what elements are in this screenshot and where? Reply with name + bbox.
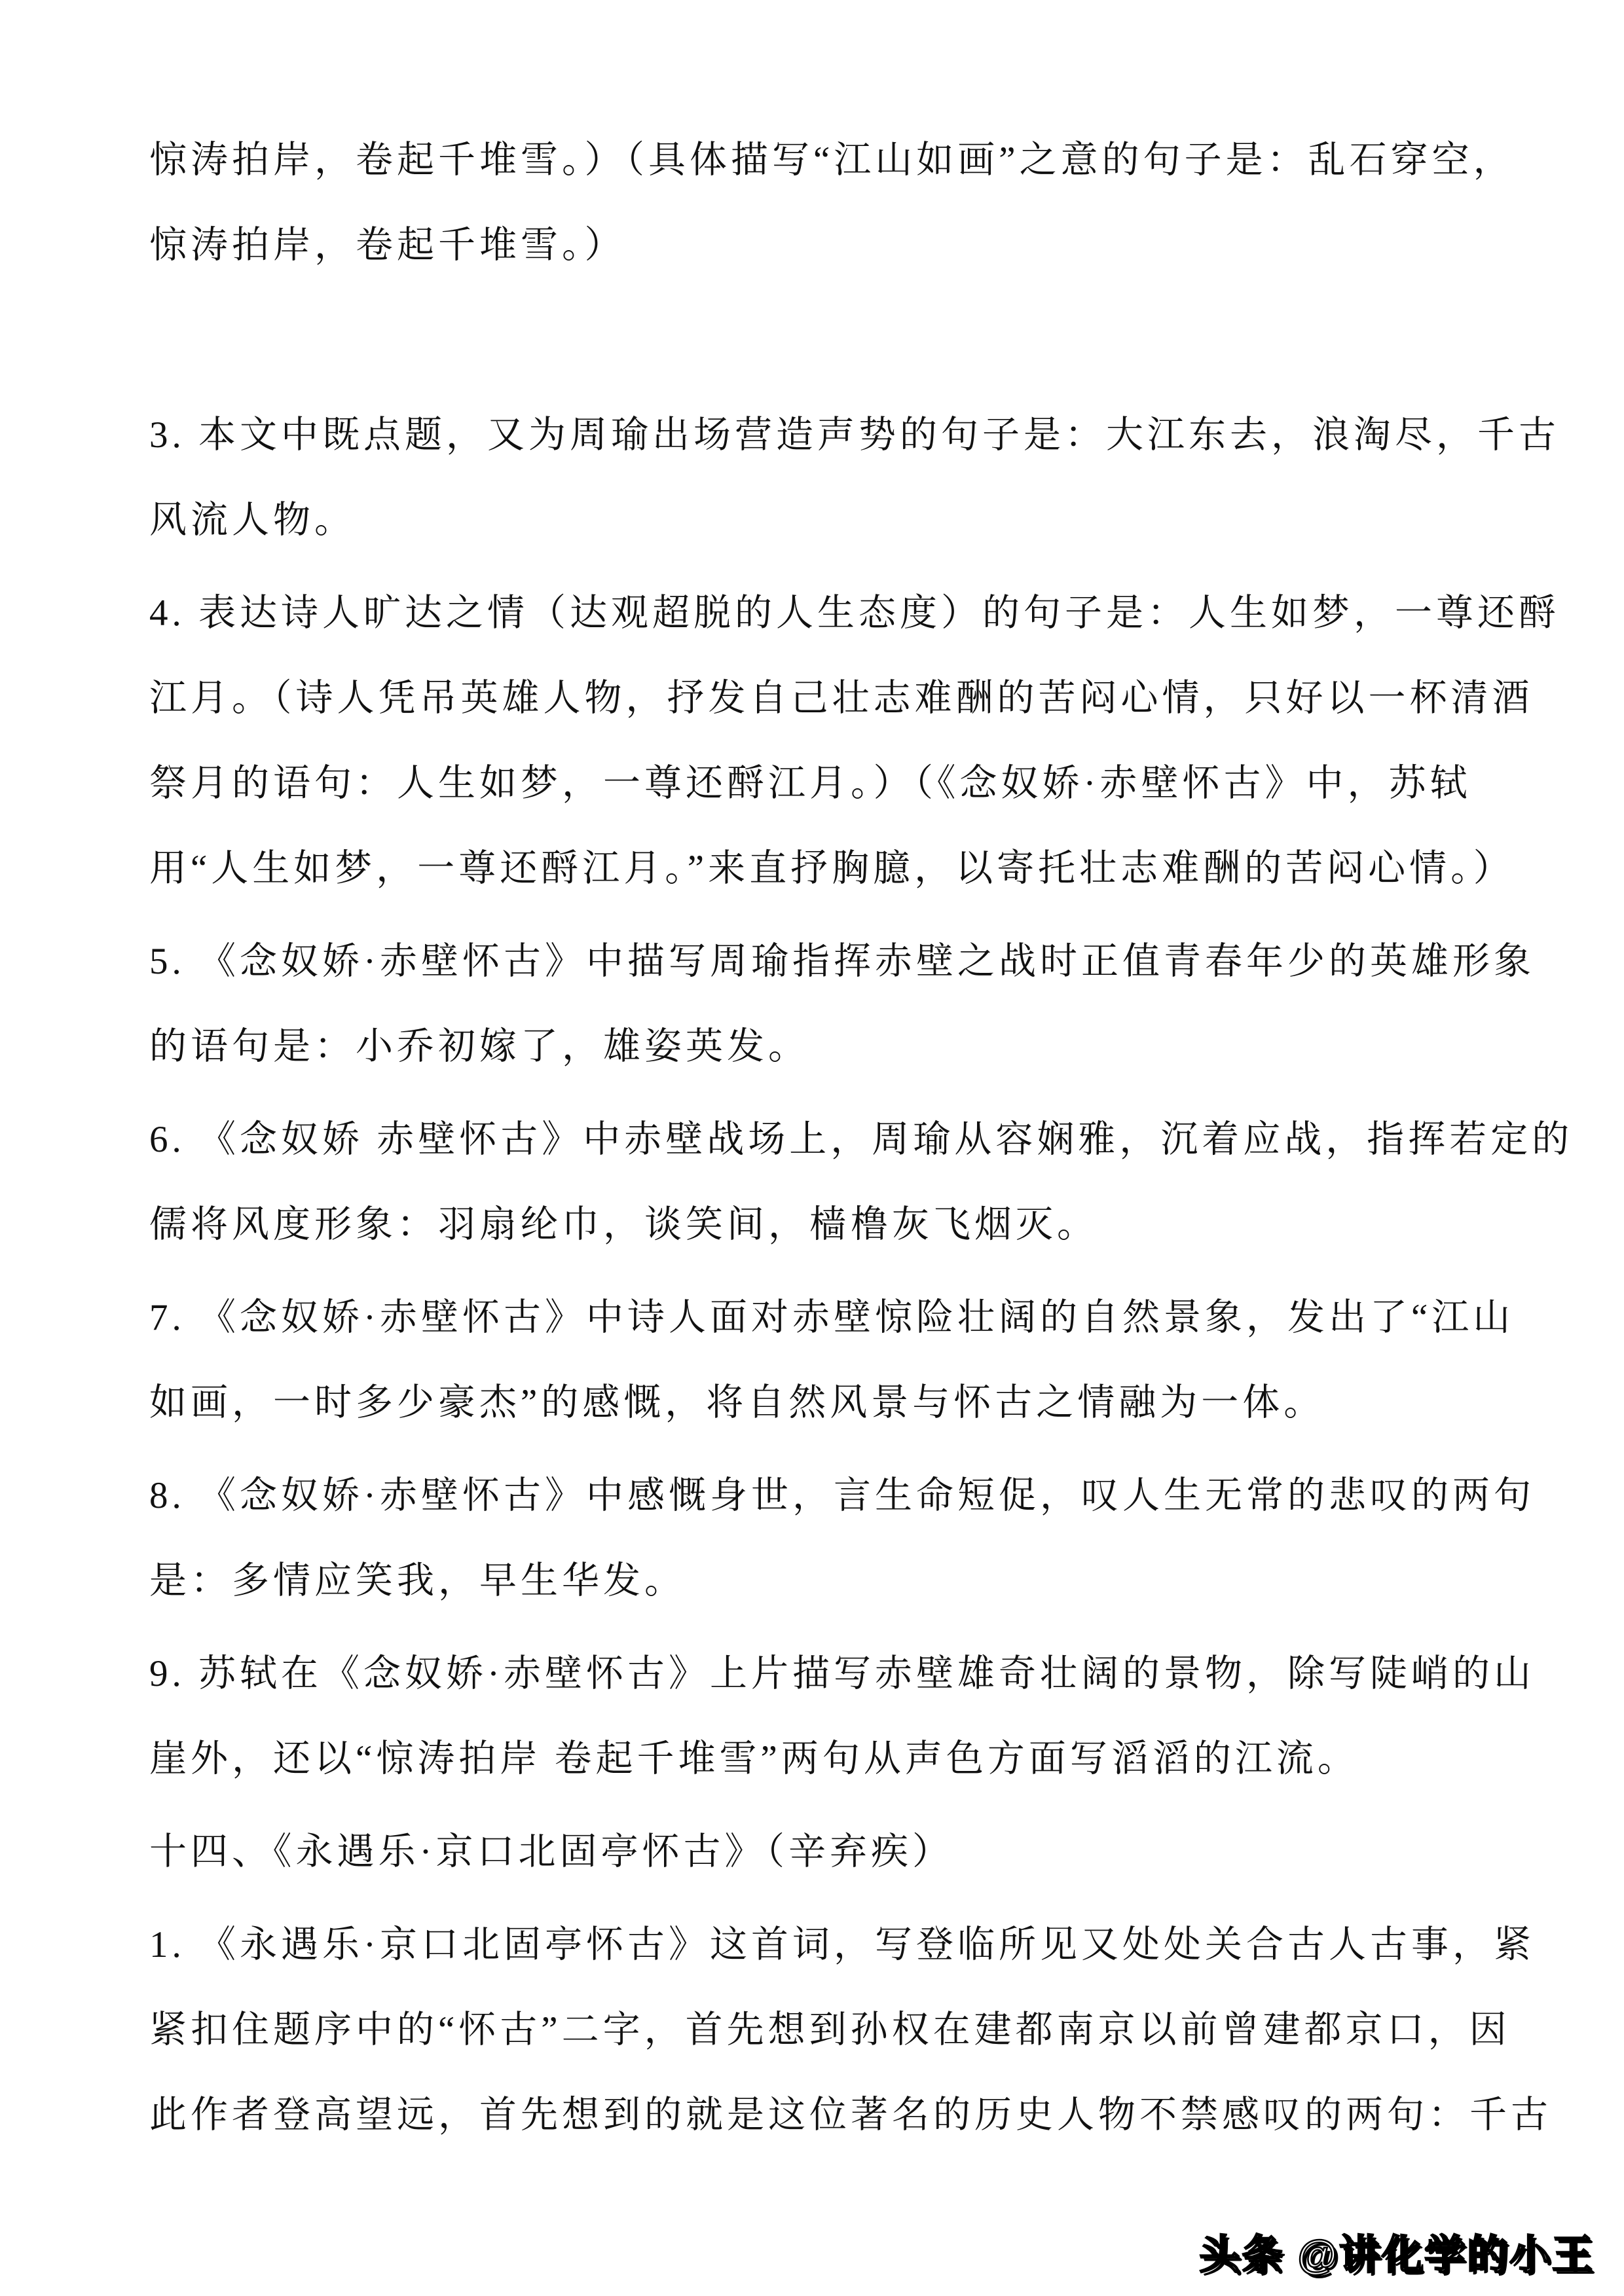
text-line: 的语句是：小乔初嫁了，雄姿英发。	[149, 1004, 1515, 1089]
text-line: 8. 《念奴娇·赤壁怀古》中感慨身世，言生命短促，叹人生无常的悲叹的两句	[149, 1453, 1515, 1539]
text-line: 紧扣住题序中的“怀古”二字，首先想到孙权在建都南京以前曾建都京口，因	[149, 1988, 1515, 2073]
text-line: 3. 本文中既点题，又为周瑜出场营造声势的句子是：大江东去，浪淘尽，千古	[149, 393, 1515, 478]
text-line: 风流人物。	[149, 478, 1515, 563]
text-line: 祭月的语句：人生如梦，一尊还酹江月。）（《念奴娇·赤壁怀古》中，苏轼	[149, 741, 1515, 826]
para-item-8: 8. 《念奴娇·赤壁怀古》中感慨身世，言生命短促，叹人生无常的悲叹的两句 是：多…	[149, 1453, 1515, 1624]
text-line: 惊涛拍岸，卷起千堆雪。）	[149, 203, 1515, 288]
watermark-badge: 头条 @讲化学的小王	[1199, 2229, 1595, 2282]
text-line: 江月。（诗人凭吊英雄人物，抒发自己壮志难酬的苦闷心情，只好以一杯清酒	[149, 656, 1515, 741]
document-body: 惊涛拍岸，卷起千堆雪。）（具体描写“江山如画”之意的句子是：乱石穿空， 惊涛拍岸…	[149, 118, 1515, 2166]
section-heading: 十四、《永遇乐·京口北固亭怀古》（辛弃疾）	[149, 1810, 1515, 1895]
document-page: { "page": { "background_color": "#ffffff…	[0, 0, 1624, 2296]
text-line: 1. 《永遇乐·京口北固亭怀古》这首词，写登临所见又处处关合古人古事，紧	[149, 1903, 1515, 1988]
text-line: 儒将风度形象：羽扇纶巾，谈笑间，樯橹灰飞烟灭。	[149, 1182, 1515, 1267]
para-item-3: 3. 本文中既点题，又为周瑜出场营造声势的句子是：大江东去，浪淘尽，千古 风流人…	[149, 393, 1515, 563]
para-item-6: 6. 《念奴娇 赤壁怀古》中赤壁战场上，周瑜从容娴雅，沉着应战，指挥若定的 儒将…	[149, 1097, 1515, 1267]
text-line: 此作者登高望远，首先想到的就是这位著名的历史人物不禁感叹的两句：千古	[149, 2073, 1515, 2158]
text-line: 是：多情应笑我，早生华发。	[149, 1539, 1515, 1624]
heading-line: 十四、《永遇乐·京口北固亭怀古》（辛弃疾）	[149, 1810, 1515, 1895]
para-item-1: 1. 《永遇乐·京口北固亭怀古》这首词，写登临所见又处处关合古人古事，紧 紧扣住…	[149, 1903, 1515, 2158]
text-line: 9. 苏轼在《念奴娇·赤壁怀古》上片描写赤壁雄奇壮阔的景物，除写陡峭的山	[149, 1631, 1515, 1717]
para-continuation: 惊涛拍岸，卷起千堆雪。）（具体描写“江山如画”之意的句子是：乱石穿空， 惊涛拍岸…	[149, 118, 1515, 288]
para-item-4: 4. 表达诗人旷达之情（达观超脱的人生态度）的句子是：人生如梦，一尊还酹 江月。…	[149, 571, 1515, 911]
text-line: 惊涛拍岸，卷起千堆雪。）（具体描写“江山如画”之意的句子是：乱石穿空，	[149, 118, 1515, 203]
text-line: 7. 《念奴娇·赤壁怀古》中诗人面对赤壁惊险壮阔的自然景象，发出了“江山	[149, 1275, 1515, 1360]
para-item-5: 5. 《念奴娇·赤壁怀古》中描写周瑜指挥赤壁之战时正值青春年少的英雄形象 的语句…	[149, 919, 1515, 1089]
text-line: 崖外，还以“惊涛拍岸 卷起千堆雪”两句从声色方面写滔滔的江流。	[149, 1717, 1515, 1802]
para-item-7: 7. 《念奴娇·赤壁怀古》中诗人面对赤壁惊险壮阔的自然景象，发出了“江山 如画，…	[149, 1275, 1515, 1446]
text-line: 6. 《念奴娇 赤壁怀古》中赤壁战场上，周瑜从容娴雅，沉着应战，指挥若定的	[149, 1097, 1515, 1182]
text-line: 5. 《念奴娇·赤壁怀古》中描写周瑜指挥赤壁之战时正值青春年少的英雄形象	[149, 919, 1515, 1004]
para-item-9: 9. 苏轼在《念奴娇·赤壁怀古》上片描写赤壁雄奇壮阔的景物，除写陡峭的山 崖外，…	[149, 1631, 1515, 1802]
text-line: 4. 表达诗人旷达之情（达观超脱的人生态度）的句子是：人生如梦，一尊还酹	[149, 571, 1515, 656]
text-line: 如画，一时多少豪杰”的感慨，将自然风景与怀古之情融为一体。	[149, 1360, 1515, 1446]
text-line: 用“人生如梦，一尊还酹江月。”来直抒胸臆，以寄托壮志难酬的苦闷心情。）	[149, 826, 1515, 911]
